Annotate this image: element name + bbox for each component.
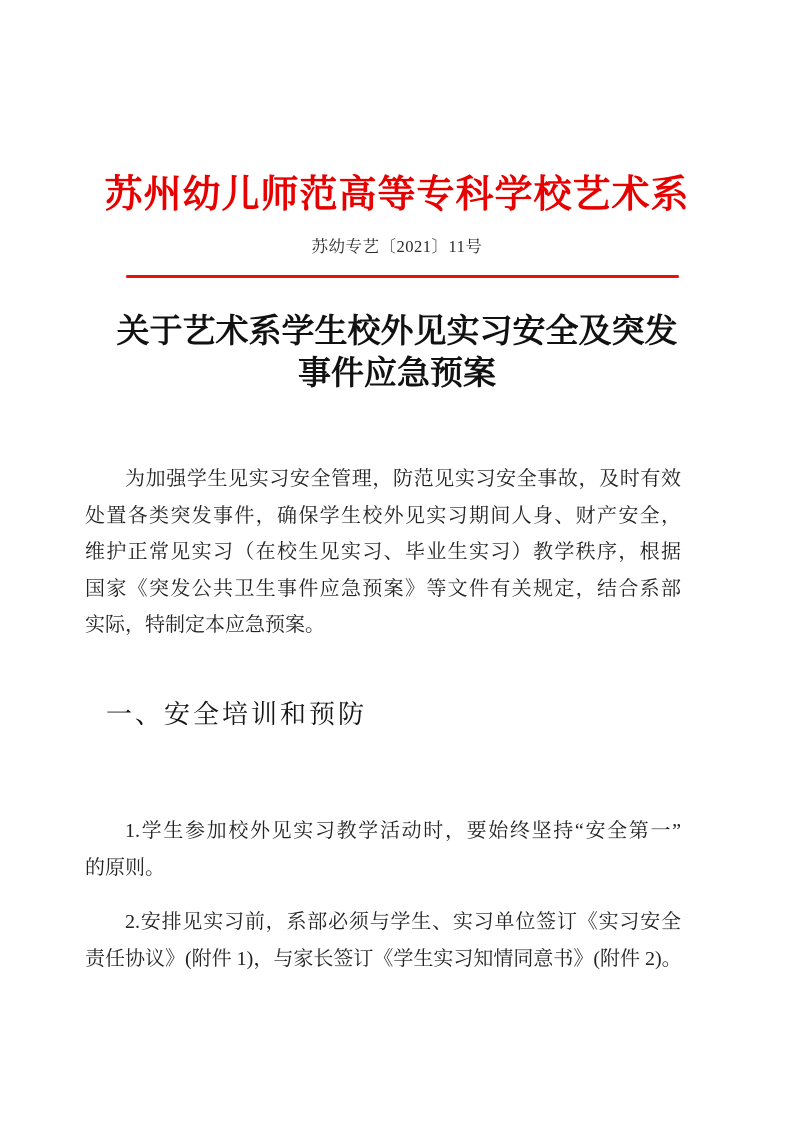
- item2-line-2: 责任协议》(附件 1)，与家长签订《学生实习知情同意书》(附件 2)。: [85, 941, 681, 978]
- item1-line-1: 1.学生参加校外见实习教学活动时，要始终坚持“安全第一”: [85, 813, 681, 850]
- org-title: 苏州幼儿师范高等专科学校艺术系: [0, 163, 794, 218]
- section-heading-1: 一、安全培训和预防: [106, 694, 367, 731]
- intro-line-4: 国家《突发公共卫生事件应急预案》等文件有关规定，结合系部: [85, 571, 681, 608]
- intro-line-1: 为加强学生见实习安全管理，防范见实习安全事故，及时有效: [85, 461, 681, 498]
- intro-line-5: 实际，特制定本应急预案。: [85, 607, 681, 644]
- intro-paragraph: 为加强学生见实习安全管理，防范见实习安全事故，及时有效 处置各类突发事件，确保学…: [85, 461, 681, 644]
- item1-line-2: 的原则。: [85, 850, 681, 887]
- document-title: 关于艺术系学生校外见实习安全及突发事件应急预案: [110, 311, 685, 395]
- document-page: 苏州幼儿师范高等专科学校艺术系 苏幼专艺〔2021〕11号 关于艺术系学生校外见…: [0, 0, 794, 1123]
- list-item-2: 2.安排见实习前，系部必须与学生、实习单位签订《实习安全 责任协议》(附件 1)…: [85, 904, 681, 977]
- list-item-1: 1.学生参加校外见实习教学活动时，要始终坚持“安全第一” 的原则。: [85, 813, 681, 886]
- intro-line-3: 维护正常见实习（在校生见实习、毕业生实习）教学秩序，根据: [85, 534, 681, 571]
- intro-line-2: 处置各类突发事件，确保学生校外见实习期间人身、财产安全，: [85, 498, 681, 535]
- red-divider-line: [126, 275, 679, 278]
- doc-number: 苏幼专艺〔2021〕11号: [0, 233, 794, 257]
- item2-line-1: 2.安排见实习前，系部必须与学生、实习单位签订《实习安全: [85, 904, 681, 941]
